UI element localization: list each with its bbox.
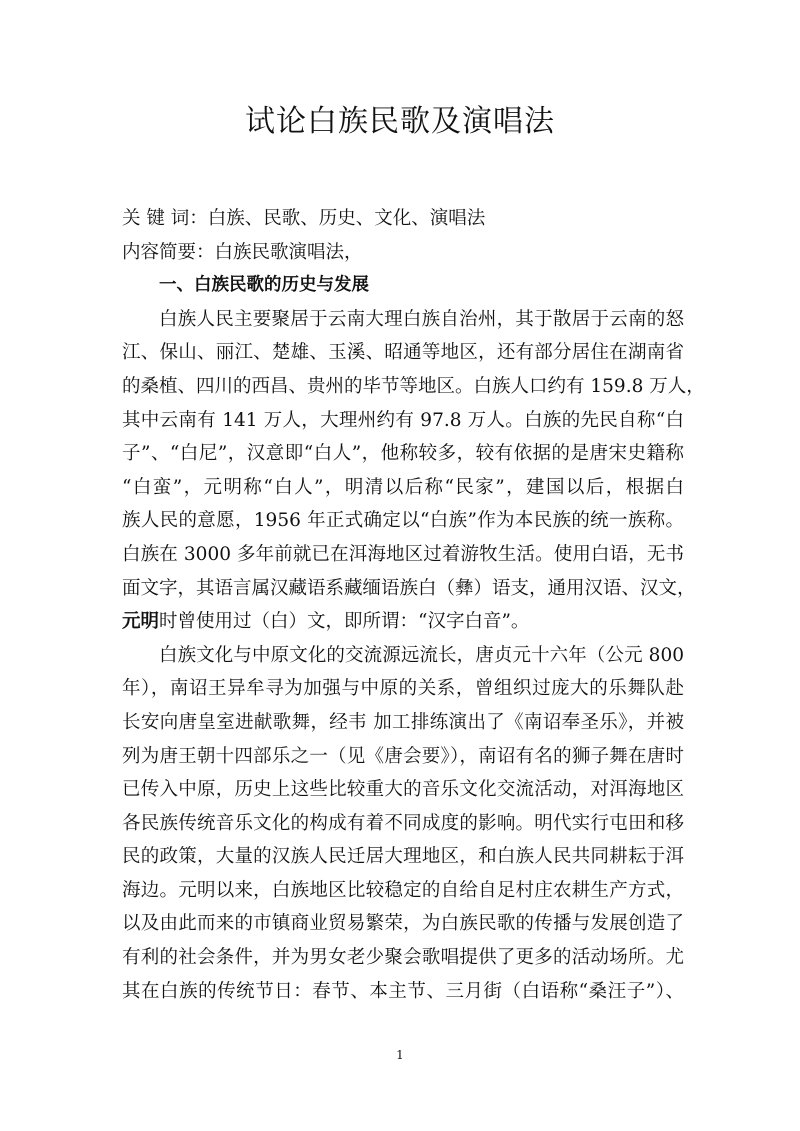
section-heading: 一、白族民歌的历史与发展: [122, 269, 684, 303]
paragraph-line: 各民族传统音乐文化的构成有着不同成度的影响。明代实行屯田和移: [122, 807, 684, 841]
paragraph-line: 已传入中原，历史上这些比较重大的音乐文化交流活动，对洱海地区: [122, 773, 684, 807]
paragraph-line: 列为唐王朝十四部乐之一（见《唐会要》），南诏有名的狮子舞在唐时: [122, 740, 684, 774]
paragraph-line: 的桑植、四川的西昌、贵州的毕节等地区。白族人口约有 159.8 万人，: [122, 370, 684, 404]
paragraph-line: 其在白族的传统节日：春节、本主节、三月街（白语称“桑汪子”）、: [122, 975, 684, 1009]
paragraph-line: 族人民的意愿，1956 年正式确定以“白族”作为本民族的统一族称。: [122, 504, 684, 538]
paragraph-line: 子”、“白尼”，汉意即“白人”，他称较多，较有依据的是唐宋史籍称: [122, 437, 684, 471]
keywords-value: 白族、民歌、历史、文化、演唱法: [208, 208, 486, 229]
paragraph-line: 海边。元明以来，白族地区比较稳定的自给自足村庄农耕生产方式，: [122, 874, 684, 908]
keywords-line: 关 键 词：白族、民歌、历史、文化、演唱法: [122, 202, 684, 236]
page-number: 1: [0, 1048, 800, 1062]
paragraph-line: 年），南诏王异牟寻为加强与中原的关系，曾组织过庞大的乐舞队赴: [122, 672, 684, 706]
summary-line: 内容简要：白族民歌演唱法，: [122, 236, 684, 270]
paragraph-2: 白族文化与中原文化的交流源远流长，唐贞元十六年（公元 800 年），南诏王异牟寻…: [122, 639, 684, 1009]
summary-label: 内容简要：: [122, 242, 215, 263]
document-body: 关 键 词：白族、民歌、历史、文化、演唱法 内容简要：白族民歌演唱法， 一、白族…: [122, 202, 684, 1008]
paragraph-text: 时曾使用过（白）文，即所谓：“汉字白音”。: [159, 611, 529, 632]
paragraph-line: 江、保山、丽江、楚雄、玉溪、昭通等地区，还有部分居住在湖南省: [122, 336, 684, 370]
keywords-label: 关 键 词：: [122, 208, 208, 229]
paragraph-line: 元明时曾使用过（白）文，即所谓：“汉字白音”。: [122, 605, 684, 639]
paragraph-line: 白族在 3000 多年前就已在洱海地区过着游牧生活。使用白语，无书: [122, 538, 684, 572]
bold-text: 元明: [122, 611, 159, 632]
summary-value: 白族民歌演唱法，: [215, 242, 363, 263]
paragraph-line: 民的政策，大量的汉族人民迁居大理地区，和白族人民共同耕耘于洱: [122, 840, 684, 874]
paragraph-line: 面文字，其语言属汉藏语系藏缅语族白（彝）语支，通用汉语、汉文，: [122, 572, 684, 606]
paragraph-line: 长安向唐皇室进献歌舞，经韦 加工排练演出了《南诏奉圣乐》，并被: [122, 706, 684, 740]
paragraph-1: 白族人民主要聚居于云南大理白族自治州，其于散居于云南的怒 江、保山、丽江、楚雄、…: [122, 303, 684, 639]
paragraph-line: 有利的社会条件，并为男女老少聚会歌唱提供了更多的活动场所。尤: [122, 941, 684, 975]
paragraph-line: 白族文化与中原文化的交流源远流长，唐贞元十六年（公元 800: [122, 639, 684, 673]
paragraph-line: 白族人民主要聚居于云南大理白族自治州，其于散居于云南的怒: [122, 303, 684, 337]
paragraph-line: 以及由此而来的市镇商业贸易繁荣，为白族民歌的传播与发展创造了: [122, 907, 684, 941]
document-title: 试论白族民歌及演唱法: [0, 96, 800, 140]
paragraph-line: 其中云南有 141 万人，大理州约有 97.8 万人。白族的先民自称“白: [122, 404, 684, 438]
paragraph-line: “白蛮”，元明称“白人”，明清以后称“民家”，建国以后，根据白: [122, 471, 684, 505]
